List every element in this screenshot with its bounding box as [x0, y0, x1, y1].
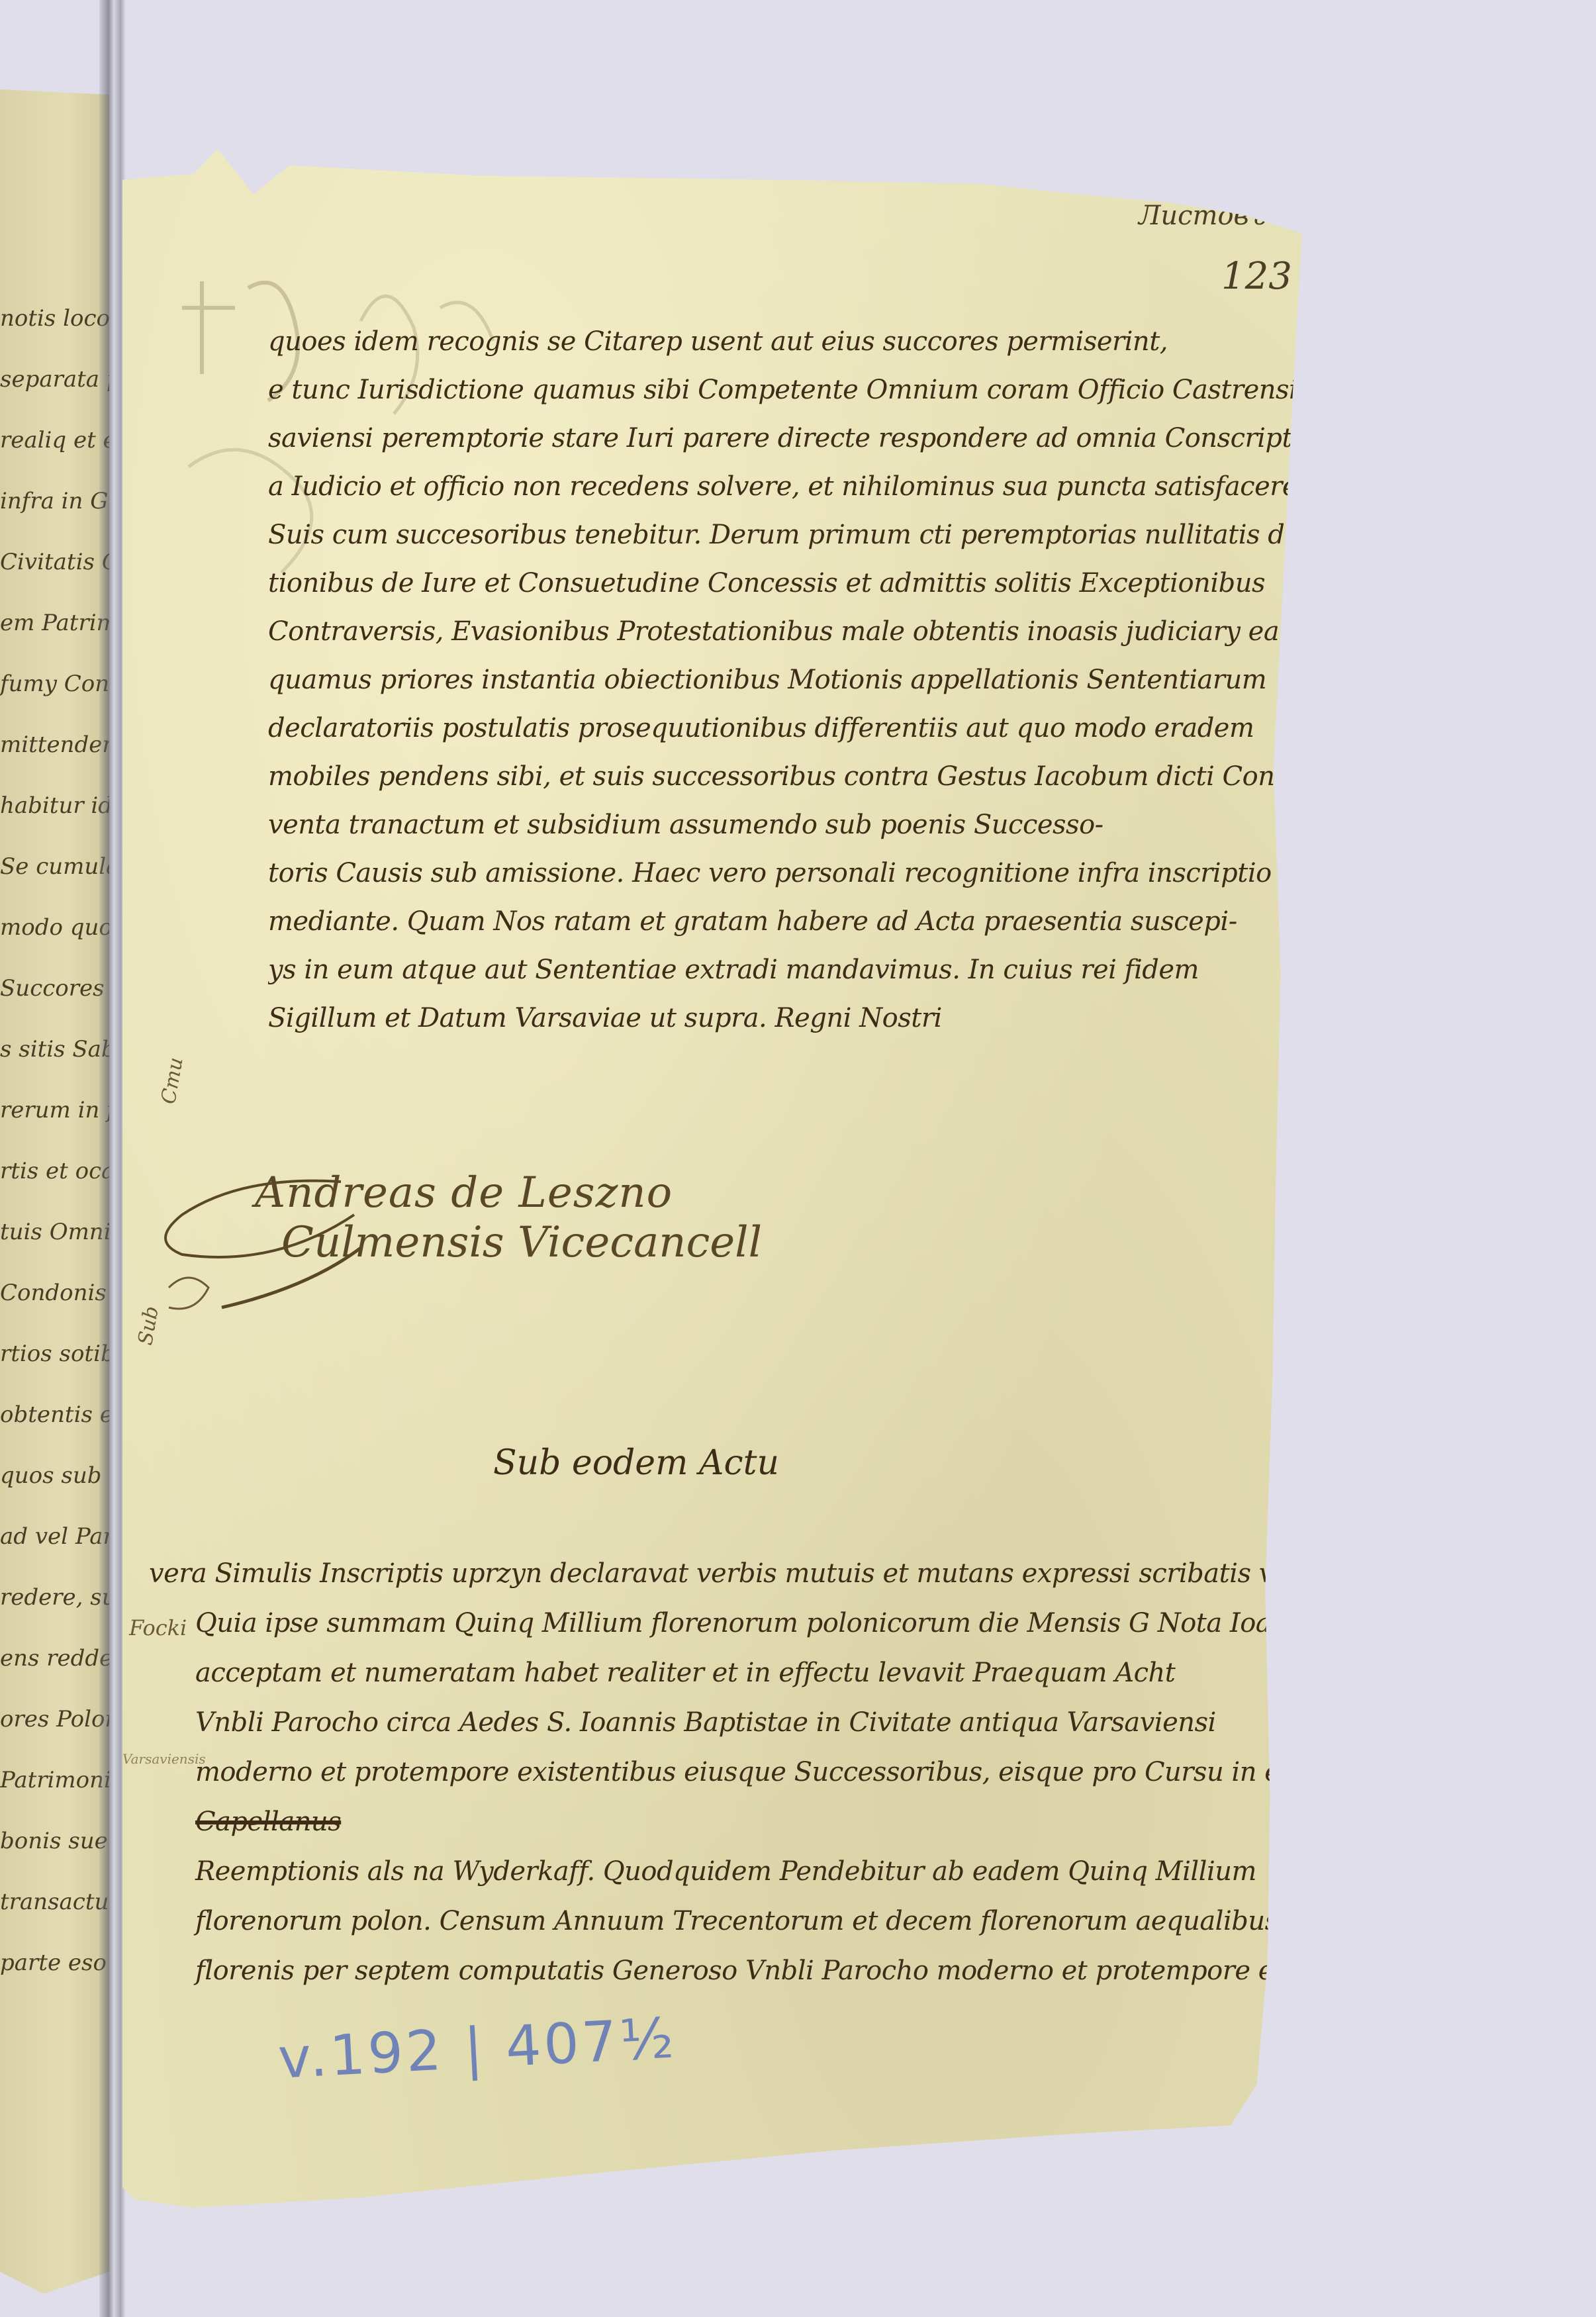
margin-note: Varsaviensis [122, 1751, 206, 1767]
left-page-text: notis loco, etin separata pecun realiq e… [0, 288, 109, 1993]
left-page-line: redere, sudere [0, 1567, 109, 1628]
text-line: ys in eum atque aut Sententiae extradi m… [268, 946, 1301, 994]
text-line: Contraversis, Evasionibus Protestationib… [268, 608, 1301, 656]
text-line: Capellanus [149, 1797, 1274, 1847]
text-line: mobiles pendens sibi, et suis successori… [268, 753, 1301, 801]
left-facing-page: notis loco, etin separata pecun realiq e… [0, 89, 109, 2294]
left-page-line: realiq et ef [0, 410, 109, 471]
left-page-line: rtis et ocai [0, 1141, 109, 1202]
text-line: e tunc Iurisdictione quamus sibi Compete… [268, 366, 1301, 414]
text-line: saviensi peremptorie stare Iuri parere d… [268, 414, 1301, 463]
left-page-line: mittendens Q [0, 714, 109, 775]
glass-divider-strip [99, 0, 126, 2317]
main-entry-text: quoes idem recognis se Citarep usent aut… [268, 318, 1301, 1043]
signature-title: Culmensis Vicecancell [281, 1218, 762, 1267]
signature-name: Andreas de Leszno [255, 1168, 673, 1217]
text-line: quoes idem recognis se Citarep usent aut… [268, 318, 1301, 366]
text-line: vera Simulis Inscriptis uprzyn declarava… [149, 1549, 1274, 1599]
left-page-line: notis loco, etin [0, 288, 109, 349]
text-line: moderno et protempore existentibus eiusq… [149, 1748, 1274, 1797]
left-page-line: Se cumulant [0, 836, 109, 897]
text-line: florenorum polon. Censum Annuum Trecento… [149, 1897, 1274, 1946]
margin-note: Focki [129, 1615, 187, 1640]
left-page-line: bonis sue in [0, 1811, 109, 1871]
margin-note: Cmu [157, 1056, 188, 1106]
text-line: mediante. Quam Nos ratam et gratam haber… [268, 898, 1301, 946]
left-page-line: tuis Omnium [0, 1202, 109, 1262]
folio-old-number-struck: 103 [1340, 201, 1391, 231]
struck-word: Capellanus [195, 1807, 341, 1837]
left-page-line: Succores de [0, 958, 109, 1019]
left-page-line: rtios sotibus [0, 1323, 109, 1384]
folio-label: Листовъ [1139, 201, 1267, 231]
left-page-line: separata pecun [0, 349, 109, 410]
left-page-line: obtentis et obt [0, 1384, 109, 1445]
left-page-line: parte eso [0, 1932, 109, 1993]
left-page-line: em Patrimonii [0, 592, 109, 653]
left-page-line: transactum [0, 1871, 109, 1932]
text-line: Suis cum succesoribus tenebitur. Derum p… [268, 511, 1301, 559]
text-line: quamus priores instantia obiectionibus M… [268, 656, 1301, 704]
text-line: venta tranactum et subsidium assumendo s… [268, 801, 1301, 849]
left-page-line: quos sub gravi [0, 1445, 109, 1506]
left-page-line: s sitis Sabbat [0, 1019, 109, 1080]
left-page-line: modo quom [0, 897, 109, 958]
folio-old-number-struck: 106 [1304, 255, 1365, 292]
left-page-line: infra in Gestis [0, 471, 109, 532]
text-line: Sigillum et Datum Varsaviae ut supra. Re… [268, 994, 1301, 1043]
text-line: toris Causis sub amissione. Haec vero pe… [268, 849, 1301, 898]
left-page-line: Patrimonium [0, 1750, 109, 1811]
section-heading: Sub eodem Actu [493, 1443, 779, 1483]
left-page-line: Civitatis Culm [0, 532, 109, 592]
left-page-line: Condonis Cum [0, 1262, 109, 1323]
left-page-line: habitur idem [0, 775, 109, 836]
text-line: Quia ipse summam Quinq Millium florenoru… [149, 1599, 1274, 1648]
text-line: tionibus de Iure et Consuetudine Concess… [268, 559, 1301, 608]
left-page-line: ens reddere [0, 1628, 109, 1689]
left-page-line: ores Polonis [0, 1689, 109, 1750]
second-entry-text: vera Simulis Inscriptis uprzyn declarava… [149, 1549, 1274, 1996]
archive-pencil-mark: v.192 | 407½ [277, 2005, 678, 2091]
left-page-line: rerum in fructu [0, 1080, 109, 1141]
text-line: declaratoriis postulatis prosequutionibu… [268, 704, 1301, 753]
text-line: florenis per septem computatis Generoso … [149, 1946, 1274, 1996]
text-line: acceptam et numeratam habet realiter et … [149, 1648, 1274, 1698]
manuscript-page: Листовъ 103 123 106 quoes idem recognis … [122, 149, 1314, 2208]
text-line: Vnbli Parocho circa Aedes S. Ioannis Bap… [149, 1698, 1274, 1748]
folio-number: 123 [1221, 255, 1292, 298]
text-line: Reemptionis als na Wyderkaff. Quodquidem… [149, 1847, 1274, 1897]
left-page-line: ad vel Pam [0, 1506, 109, 1567]
text-line: a Iudicio et officio non recedens solver… [268, 463, 1301, 511]
left-page-line: fumy Conducere [0, 653, 109, 714]
